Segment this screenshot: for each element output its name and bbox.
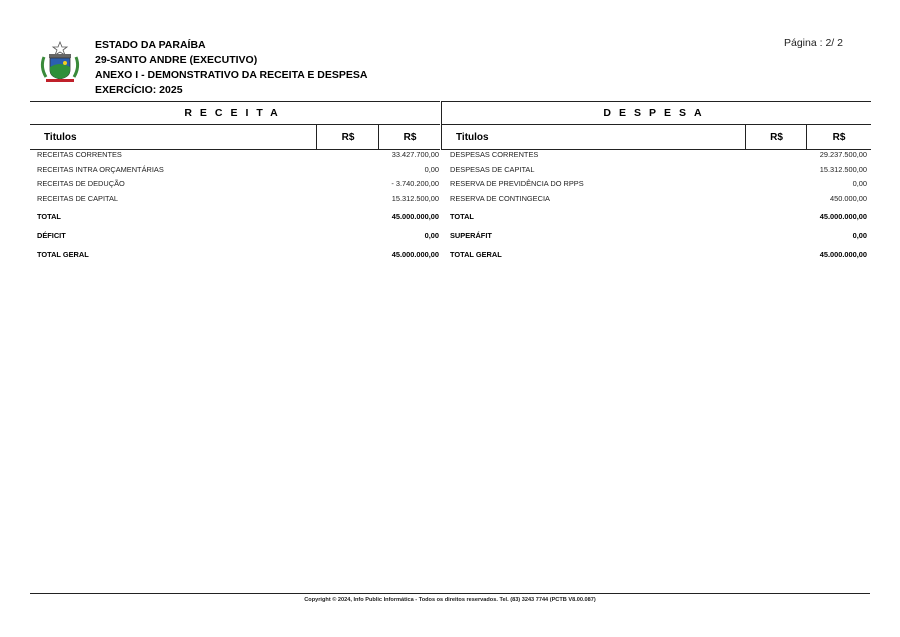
header-state: ESTADO DA PARAÍBA <box>95 38 367 53</box>
row-value: 15.312.500,00 <box>820 165 867 175</box>
col-rs-2: R$ <box>378 125 441 149</box>
col-rs-2: R$ <box>806 125 871 149</box>
footer-copyright: Copyright © 2024, Info Public Informátic… <box>0 597 900 603</box>
row-label: RESERVA DE PREVIDÊNCIA DO RPPS <box>450 179 584 189</box>
row-label: RESERVA DE CONTINGECIA <box>450 194 550 204</box>
row-value: 45.000.000,00 <box>820 212 867 222</box>
row-label: TOTAL GERAL <box>450 250 502 260</box>
row-label: RECEITAS INTRA ORÇAMENTÁRIAS <box>37 165 164 175</box>
row-label: TOTAL GERAL <box>37 250 89 260</box>
coat-of-arms-icon <box>38 41 82 85</box>
col-titulos: Titulos <box>442 125 759 149</box>
row-label: DESPESAS CORRENTES <box>450 150 538 160</box>
row-label: DÉFICIT <box>37 231 66 241</box>
row-label: RECEITAS DE DEDUÇÃO <box>37 179 125 189</box>
row-value: 45.000.000,00 <box>392 212 439 222</box>
row-value: 15.312.500,00 <box>392 194 439 204</box>
row-value: 33.427.700,00 <box>392 150 439 160</box>
receita-column-header: Titulos R$ R$ <box>30 124 440 150</box>
despesa-section-title: DESPESA <box>441 101 871 124</box>
row-label: RECEITAS DE CAPITAL <box>37 194 118 204</box>
header-report-title: ANEXO I - DEMONSTRATIVO DA RECEITA E DES… <box>95 68 367 83</box>
row-value: 0,00 <box>853 179 867 189</box>
row-value: 45.000.000,00 <box>392 250 439 260</box>
col-rs-1: R$ <box>745 125 807 149</box>
row-label: DESPESAS DE CAPITAL <box>450 165 534 175</box>
col-titulos: Titulos <box>30 125 330 149</box>
row-label: SUPERÁFIT <box>450 231 492 241</box>
col-rs-1: R$ <box>316 125 379 149</box>
header-entity: 29-SANTO ANDRE (EXECUTIVO) <box>95 53 367 68</box>
footer-divider <box>30 593 870 594</box>
row-label: RECEITAS CORRENTES <box>37 150 122 160</box>
row-value: 45.000.000,00 <box>820 250 867 260</box>
row-label: TOTAL <box>450 212 474 222</box>
row-value: 0,00 <box>425 165 439 175</box>
report-header: ESTADO DA PARAÍBA 29-SANTO ANDRE (EXECUT… <box>95 38 367 98</box>
row-value: - 3.740.200,00 <box>391 179 439 189</box>
despesa-column-header: Titulos R$ R$ <box>441 124 871 150</box>
receita-section-title: RECEITA <box>30 101 440 124</box>
row-label: TOTAL <box>37 212 61 222</box>
row-value: 450.000,00 <box>830 194 867 204</box>
row-value: 0,00 <box>425 231 439 241</box>
row-value: 0,00 <box>853 231 867 241</box>
page-number: Página : 2/ 2 <box>784 37 843 49</box>
header-fiscal-year: EXERCÍCIO: 2025 <box>95 83 367 98</box>
row-value: 29.237.500,00 <box>820 150 867 160</box>
